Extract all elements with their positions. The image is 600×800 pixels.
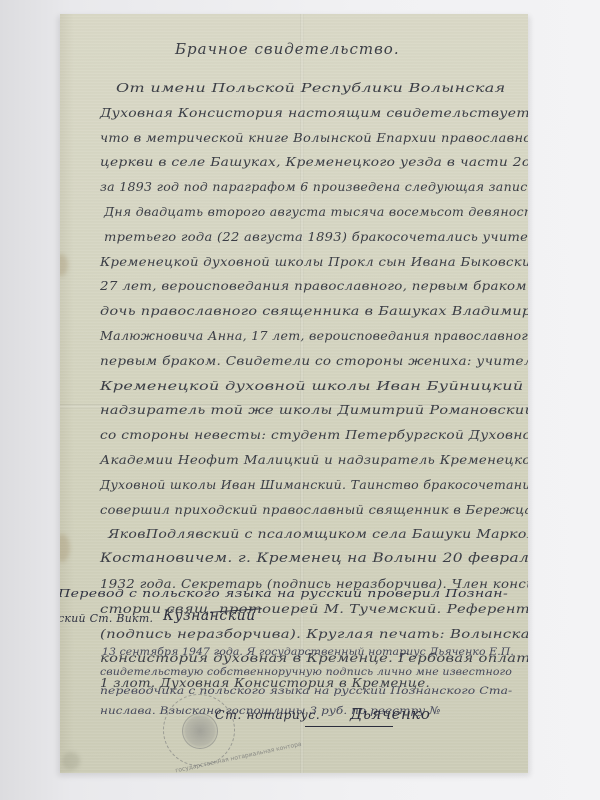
certificate-line: Академии Неофит Малицкий и надзиратель К…	[100, 452, 528, 467]
notary-line: 13 сентября 1947 года. Я государственный…	[102, 646, 514, 658]
certificate-line: (подпись неразборчива). Круглая печать: …	[100, 626, 528, 641]
certificate-line: совершил приходский православный священн…	[100, 502, 528, 517]
paper-stain	[60, 534, 70, 562]
certificate-line: что в метрической книге Волынской Епархи…	[100, 130, 528, 145]
stamp-emblem	[182, 713, 218, 749]
document-title: Брачное свидетельство.	[175, 40, 400, 58]
paper-stain	[60, 254, 68, 276]
certificate-line: 27 лет, вероисповедания православного, п…	[100, 278, 528, 293]
notary-line: свидетельствую собственноручную подпись …	[100, 666, 512, 678]
notary-signature-label: Ст. нотариус.	[215, 707, 320, 722]
translator-note-line-2: ский Ст. Викт.	[60, 611, 153, 625]
certificate-line: со стороны невесты: студент Петербургско…	[100, 427, 528, 442]
certificate-line: первым браком. Свидетели со стороны жени…	[100, 353, 528, 368]
certificate-line: за 1893 год под параграфом 6 произведена…	[100, 179, 528, 194]
notary-signature-underline	[305, 726, 393, 727]
certificate-line: Дня двадцать второго августа тысяча восе…	[104, 204, 528, 219]
certificate-line: Кременецкой духовной школы Прокл сын Ива…	[100, 254, 528, 269]
certificate-line: От имени Польской Республики Волынская	[116, 80, 506, 95]
certificate-line: Духовная Консистория настоящим свидетель…	[100, 105, 528, 120]
certificate-line: Кременецкой духовной школы Иван Буйницки…	[100, 378, 528, 393]
certificate-paper: Брачное свидетельство. От имени Польской…	[60, 14, 528, 773]
certificate-line: ЯковПодлявский с псаломщиком села Башуки…	[108, 526, 528, 541]
notary-line: переводчика с польского языка на русский…	[100, 685, 512, 697]
certificate-line: церкви в селе Башуках, Кременецкого уезд…	[100, 154, 528, 169]
certificate-line: третьего года (22 августа 1893) бракосоч…	[104, 229, 528, 244]
certificate-line: Костановичем. г. Кременец на Волыни 20 ф…	[100, 551, 528, 566]
notary-stamp: государственная нотариальная контора	[163, 694, 235, 766]
paper-stain	[62, 752, 80, 770]
certificate-line: Духовной школы Иван Шиманский. Таинство …	[100, 477, 528, 492]
certificate-line: дочь православного священника в Башуках …	[100, 303, 528, 318]
notary-signature: Дьяченко	[350, 705, 430, 723]
certificate-line: надзиратель той же школы Димитрий Романо…	[100, 402, 528, 417]
translator-note-line-1: Перевод с польского языка на русский про…	[60, 586, 508, 600]
certificate-line: Малюжновича Анна, 17 лет, вероисповедани…	[100, 328, 528, 343]
